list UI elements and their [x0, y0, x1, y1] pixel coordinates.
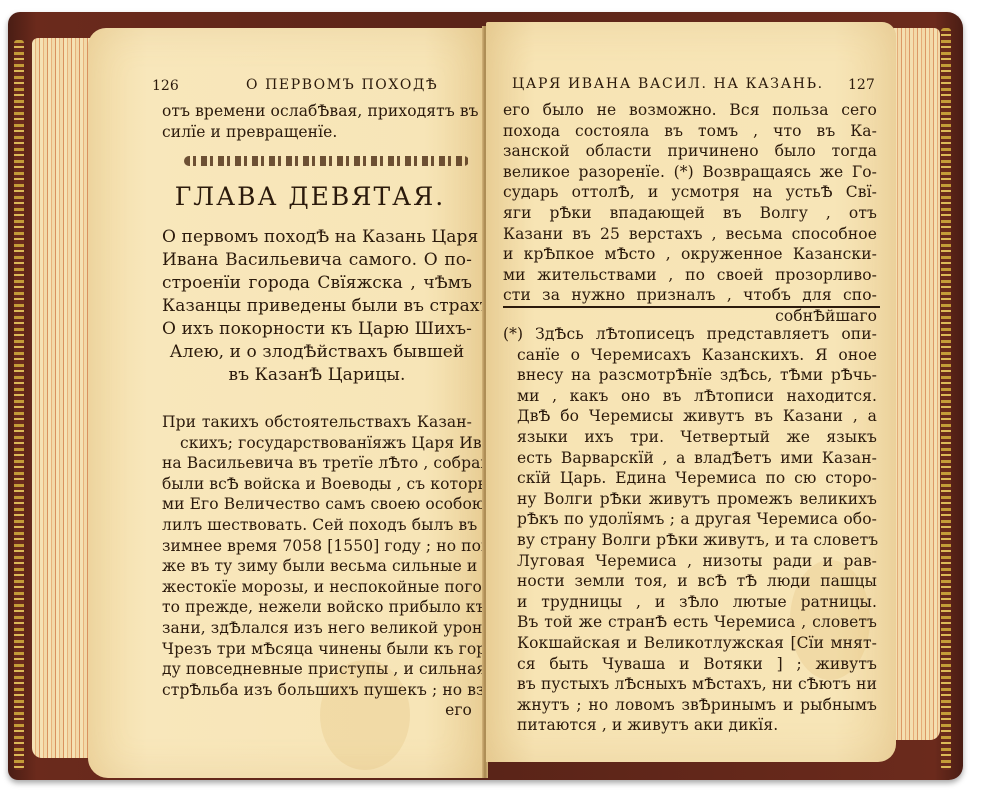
- gold-tooled-border-left: [14, 40, 24, 770]
- chapter-summary: О первомъ походѢ на Казань Царя Ивана Ва…: [162, 226, 472, 387]
- footnote-line: питаются , и живутъ аки дикїя.: [503, 715, 877, 736]
- text-line: на Васильевича въ третїе лѢто , собраны: [162, 453, 472, 474]
- text-line: стрѢльба изъ большихъ пушекъ ; но взять: [162, 680, 472, 701]
- left-body-text: При такихъ обстоятельствахъ Казан- скихъ…: [162, 412, 472, 721]
- text-line: ми жительствами , по своей прозорливо-: [503, 265, 877, 286]
- footnote-line: внесу на разсмотрѢнїе здѢсь, тѢми рѢчь-: [503, 365, 877, 386]
- catchword: его: [162, 700, 472, 721]
- summary-line: О первомъ походѢ на Казань Царя: [162, 226, 472, 249]
- text-line: лилъ шествовать. Сей походъ былъ въ: [162, 515, 472, 536]
- text-line: его было не возможно. Вся польза сего: [503, 100, 877, 121]
- text-line: скихъ; государствованїяжъ Царя Ива-: [162, 433, 472, 454]
- summary-line: Алею, и о злодѢйствахъ бывшей: [162, 341, 472, 364]
- text-line: Казани въ 25 верстахъ , весьма способное: [503, 224, 877, 245]
- running-head-left: О первомъ походѢ: [246, 77, 438, 93]
- running-head-right: Царя Ивана Васил. на Казань.: [512, 76, 824, 92]
- text-line: похода состояла въ томъ , что въ Ка-: [503, 121, 877, 142]
- text-line: При такихъ обстоятельствахъ Казан-: [162, 412, 472, 433]
- footnote-line: Луговая Черемиса , низоты ради и рав-: [503, 551, 877, 572]
- text-line: сти за нужно призналъ , чтобъ для спо-: [503, 285, 877, 306]
- text-line: яги рѢки впадающей въ Волгу , отъ: [503, 203, 877, 224]
- footnote-line: ми , какъ оно въ лѢтописи находится.: [503, 386, 877, 407]
- footnote-line: ву страну Волги рѢки живутъ, и та словет…: [503, 530, 877, 551]
- text-line: Чрезъ три мѢсяца чинены были къ горо-: [162, 639, 472, 660]
- footnote-text: (*) ЗдѢсь лѢтописецъ представляетъ опи- …: [503, 324, 877, 736]
- footnote-line: въ пустыхъ лѢсныхъ мѢстахъ, ни сѢютъ ни: [503, 674, 877, 695]
- text-line: ду повседневные приступы , и сильная: [162, 659, 472, 680]
- text-line: занской области причинено было тогда: [503, 141, 877, 162]
- summary-line: О ихъ покорности къ Царю Шихъ-: [162, 318, 472, 341]
- summary-line: Казанцы приведены были въ страхъ.: [162, 295, 472, 318]
- footnote-line: ну Волги рѢки живутъ промежъ великихъ: [503, 489, 877, 510]
- text-line: сударь оттолѢ, и усмотря на устьѢ Свї-: [503, 182, 877, 203]
- chapter-title: ГЛАВА ДЕВЯТАЯ.: [160, 182, 460, 211]
- text-line: были всѢ войска и Воеводы , съ которы-: [162, 474, 472, 495]
- right-body-text: его было не возможно. Вся польза сего по…: [503, 100, 877, 327]
- footnote-line: ности земли тоя, и всѢ тѢ люди пашцы: [503, 571, 877, 592]
- footnote-line: рѢкъ по удолїямъ ; а другая Черемиса обо…: [503, 509, 877, 530]
- footnote-line: есть Варварскїй , а владѢетъ ими Казан-: [503, 448, 877, 469]
- footnote-line: санїе о Черемисахъ Казанскихъ. Я оное: [503, 345, 877, 366]
- page-edges-left: [32, 38, 92, 758]
- text-line: ми Его Величество самъ своею особою изво…: [162, 494, 472, 515]
- left-continuation-text: отъ времени ослабѢвая, приходятъ въ без-…: [162, 101, 470, 142]
- page-number-right: 127: [848, 77, 875, 93]
- text-line: зани, здѢлался изъ него великой уронъ.: [162, 618, 472, 639]
- footnote-line: языки ихъ три. Четвертый же языкъ: [503, 427, 877, 448]
- footnote-line: Кокшайская и Великотлужская [Сїи мнят-: [503, 633, 877, 654]
- summary-line: въ КазанѢ Царицы.: [162, 364, 472, 387]
- text-line: зимнее время 7058 [1550] году ; но поне-: [162, 536, 472, 557]
- footnote-line: ДвѢ бо Черемисы живутъ въ Казани , а: [503, 406, 877, 427]
- footnote-line: жнутъ ; но ловомъ звѢринымъ и рыбнымъ: [503, 695, 877, 716]
- page-number-left: 126: [152, 78, 179, 94]
- footnote-line: и трудницы , и зѢло лютые ратницы.: [503, 592, 877, 613]
- footnote-line: (*) ЗдѢсь лѢтописецъ представляетъ опи-: [503, 324, 877, 345]
- text-line: же въ ту зиму были весьма сильные и пре-: [162, 556, 472, 577]
- summary-line: строенїи города Свїяжска , чѢмъ: [162, 272, 472, 295]
- text-line: великое разоренїе. (*) Возвращаясь же Го…: [503, 162, 877, 183]
- text-line: силїе и превращенїе.: [162, 122, 470, 143]
- footnote-line: скїй Царь. Едина Черемиса по сю сторо-: [503, 468, 877, 489]
- page-edges-right: [890, 28, 940, 740]
- text-line: то прежде, нежели войско прибыло къ Ка-: [162, 597, 472, 618]
- text-line: и крѢпкое мѢсто , окруженное Казански-: [503, 244, 877, 265]
- footnote-line: ся быть Чуваша и Вотяки ] ; живутъ: [503, 654, 877, 675]
- gold-tooled-border-right: [941, 28, 951, 770]
- headpiece-ornament: [184, 156, 469, 166]
- text-line: жестокїе морозы, и неспокойные погоды;: [162, 577, 472, 598]
- summary-line: Ивана Васильевича самого. О по-: [162, 249, 472, 272]
- text-line: отъ времени ослабѢвая, приходятъ въ без-: [162, 101, 470, 122]
- footnote-divider: [503, 306, 880, 308]
- footnote-line: Въ той же странѢ есть Черемиса , словетъ: [503, 612, 877, 633]
